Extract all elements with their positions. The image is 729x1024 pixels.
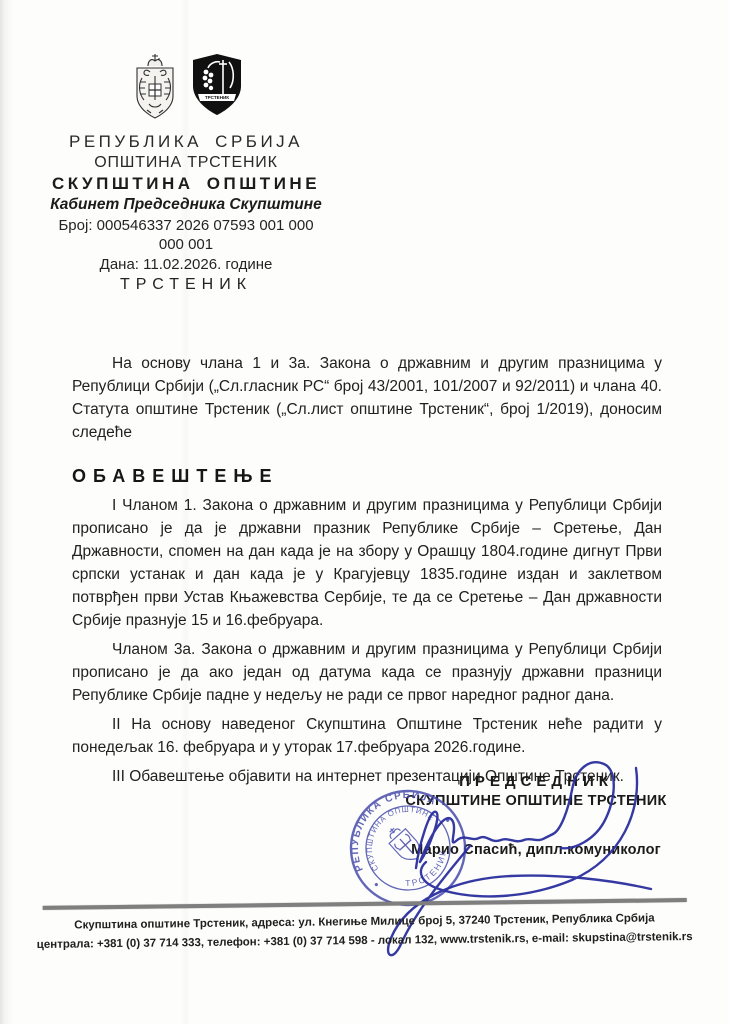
document-date: Дана: 11.02.2026. године: [2, 256, 370, 273]
intro-paragraph: На основу члана 1 и 3а. Закона о државни…: [72, 352, 662, 444]
footer-divider: [42, 898, 686, 910]
paragraph-article-3a: Чланом 3а. Закона о државним и другим пр…: [72, 638, 662, 707]
trstenik-emblem-icon: ТРСТЕНИК: [190, 52, 244, 123]
document-number: Број: 000546337 2026 07593 001 000: [2, 217, 370, 234]
emblems-row: ТРСТЕНИК: [2, 52, 370, 127]
serbia-coat-of-arms-icon: [128, 52, 182, 127]
stamp-coat-of-arms: [382, 821, 425, 865]
document-title: ОБАВЕШТЕЊЕ: [72, 465, 662, 488]
place-line: ТРСТЕНИК: [2, 276, 370, 294]
document-number-cont: 000 001: [2, 236, 370, 253]
assembly-line: СКУПШТИНА ОПШТИНЕ: [2, 174, 370, 194]
svg-text:ТРСТЕНИК: ТРСТЕНИК: [205, 95, 229, 100]
paragraph-article-1: I Чланом 1. Закона о државним и другим п…: [72, 494, 662, 632]
document-page: ТРСТЕНИК РЕПУБЛИКА СРБИЈА ОПШТИНА ТРСТЕН…: [0, 0, 729, 1024]
document-body: На основу члана 1 и 3а. Закона о државни…: [72, 352, 662, 794]
page-footer: Скупштина општине Трстеник, адреса: ул. …: [0, 898, 729, 955]
cabinet-line: Кабинет Председника Скупштине: [2, 196, 370, 214]
paragraph-item-2: II На основу наведеног Скупштина Општине…: [72, 713, 662, 759]
republic-line: РЕПУБЛИКА СРБИЈА: [2, 132, 370, 152]
letterhead: ТРСТЕНИК РЕПУБЛИКА СРБИЈА ОПШТИНА ТРСТЕН…: [2, 52, 370, 294]
municipality-line: ОПШТИНА ТРСТЕНИК: [2, 154, 370, 172]
